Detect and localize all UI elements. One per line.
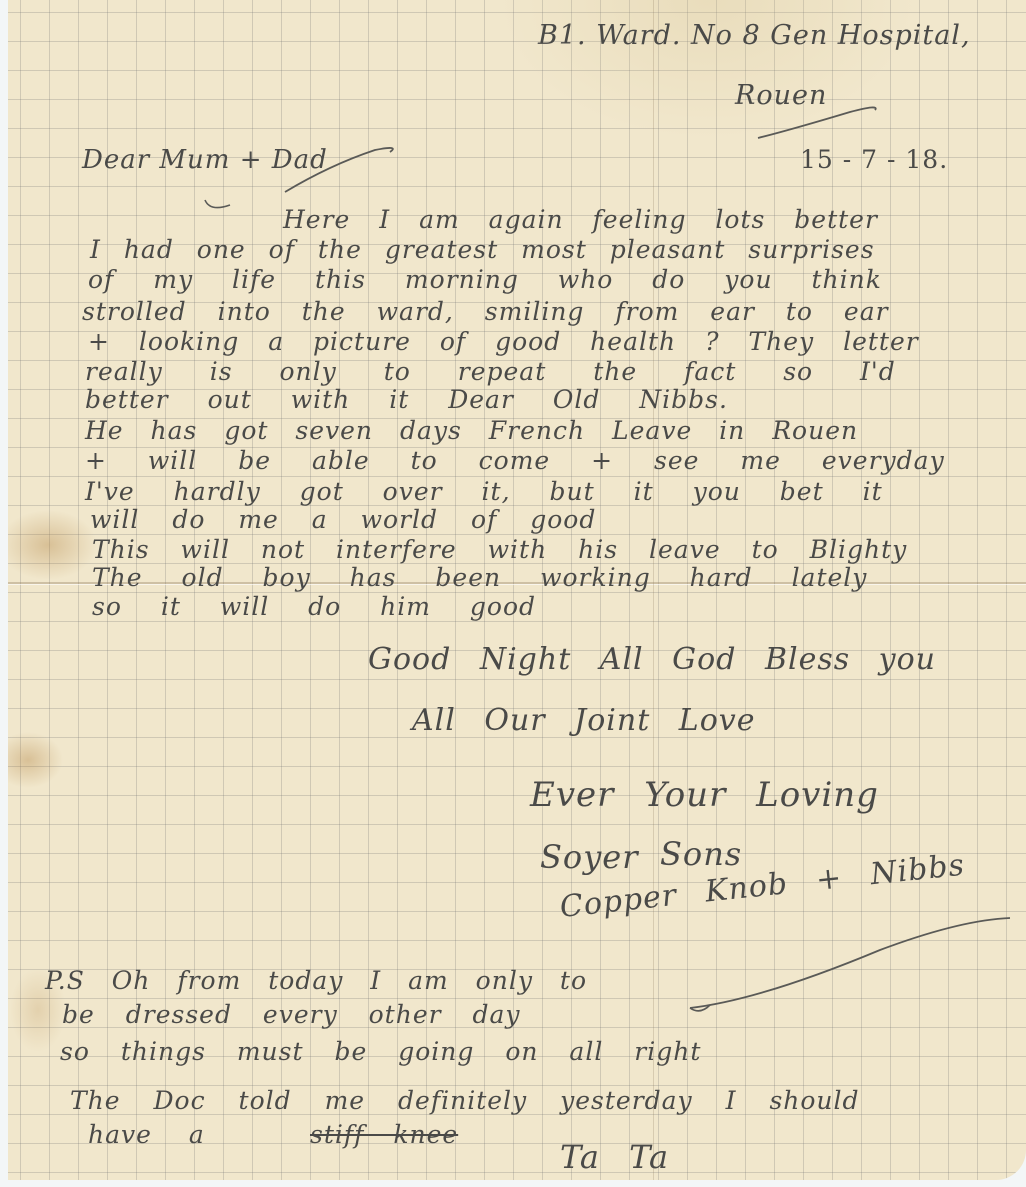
body-line: so it will do him good <box>92 592 536 621</box>
closing-sons: Sons <box>660 835 742 873</box>
body-line: This will not interfere with his leave t… <box>92 535 907 564</box>
salutation: Dear Mum + Dad <box>82 145 328 175</box>
address-line-2: Rouen <box>735 80 827 111</box>
body-line: I've hardly got over it, but it you bet … <box>85 477 883 506</box>
body-line: + will be able to come + see me everyday <box>85 446 945 475</box>
letter-date: 15 - 7 - 18. <box>800 145 948 174</box>
closing-ever-your-loving: Ever Your Loving <box>530 775 879 815</box>
body-line: Here I am again feeling lots better <box>283 205 878 234</box>
ps-line: The Doc told me definitely yesterday I s… <box>70 1086 860 1115</box>
body-line: I had one of the greatest most pleasant … <box>90 235 875 264</box>
address-line-1: B1. Ward. No 8 Gen Hospital, <box>538 20 971 51</box>
ps-line: so things must be going on all right <box>60 1037 701 1066</box>
body-line: He has got seven days French Leave in Ro… <box>85 416 858 445</box>
body-line: really is only to repeat the fact so I'd <box>85 357 896 386</box>
body-line: The old boy has been working hard lately <box>92 563 867 592</box>
body-line: of my life this morning who do you think <box>88 265 882 294</box>
body-line: better out with it Dear Old Nibbs. <box>85 385 728 414</box>
ps-line-prefix: have a <box>88 1120 205 1149</box>
ps-farewell: Ta Ta <box>560 1138 669 1176</box>
body-line: strolled into the ward, smiling from ear… <box>82 297 889 326</box>
body-line: will do me a world of good <box>90 505 596 534</box>
ps-line: P.S Oh from today I am only to <box>45 966 587 995</box>
body-line: + looking a picture of good health ? The… <box>88 327 919 356</box>
closing-good-night: Good Night All God Bless you <box>368 642 936 677</box>
closing-joint-love: All Our Joint Love <box>412 703 755 738</box>
closing-signature-prefix: Soyer <box>540 838 639 876</box>
ps-line: be dressed every other day <box>62 1000 521 1029</box>
ps-struck-text: stiff knee <box>310 1120 458 1149</box>
